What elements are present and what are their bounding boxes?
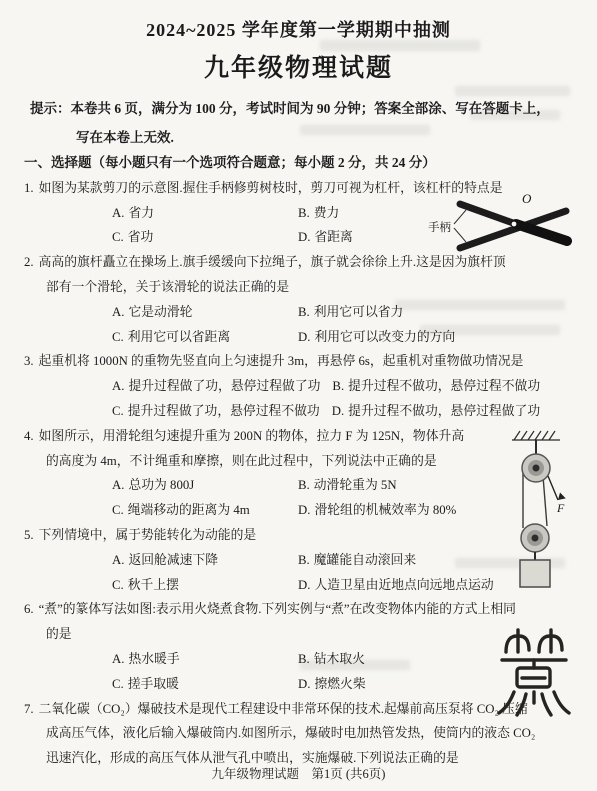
question-number: 2. [24,255,34,269]
handle-pointer-line [454,210,466,224]
option-a: A.返回舱减速下降 [112,548,298,573]
option-d: D.擦燃火柴 [298,672,366,697]
option-b: B.利用它可以省力 [298,300,403,325]
handle-pointer-line [454,228,466,242]
option-b: B.提升过程不做功，悬停过程不做功 [332,374,540,399]
question-2-options-row-1: A.它是动滑轮 B.利用它可以省力 [24,300,590,325]
option-c: C.秋千上摆 [112,573,298,598]
option-c: C.省功 [112,225,298,250]
pivot-label: O [522,191,532,206]
scissors-blade [460,211,566,248]
question-number: 5. [24,528,34,542]
section-heading: 一、选择题（每小题只有一个选项符合题意；每小题 2 分，共 24 分） [24,151,590,176]
exam-notice: 提示：本卷共 6 页，满分为 100 分，考试时间为 90 分钟；答案全部涂、写… [30,94,578,152]
exam-title: 2024~2025 学年度第一学期期中抽测 [0,16,597,42]
option-a: A.它是动滑轮 [112,300,298,325]
option-d: D.省距离 [298,225,353,250]
exam-paper-page: 2024~2025 学年度第一学期期中抽测 九年级物理试题 提示：本卷共 6 页… [0,0,597,791]
option-d: D.人造卫星由近地点向远地点运动 [298,573,494,598]
option-d: D.利用它可以改变力的方向 [298,325,455,350]
force-rope [548,476,558,500]
option-b: B.费力 [298,201,339,226]
handle-label: 手柄 [428,220,451,234]
movable-pulley-axle [532,535,539,542]
question-text: 下列情境中，属于势能转化为动能的是 [39,528,257,542]
question-number: 1. [24,181,34,195]
option-c: C.提升过程做了功，悬停过程不做功 [112,399,332,424]
scissors-drawing: 手柄 O [424,190,572,264]
option-c: C.搓手取暖 [112,672,298,697]
ceiling-hatching [512,431,560,440]
question-number: 7. [24,702,34,716]
footer-pagination: 九年级物理试题 第1页 (共6页) [0,764,597,782]
question-3-options-row-1: A.提升过程做了功，悬停过程做了功 B.提升过程不做功，悬停过程不做功 [24,374,590,399]
question-3-options-row-2: C.提升过程做了功，悬停过程不做功 D.提升过程不做功，悬停过程做了功 [24,399,590,424]
question-2-options-row-2: C.利用它可以省距离 D.利用它可以改变力的方向 [24,325,590,350]
question-text: 二氧化碳（CO₂）爆破技术是现代工程建设中非常环保的技术.起爆前高压泵将 CO₂… [39,702,528,716]
option-c: C.绳端移动的距离为 4m [112,498,298,523]
option-d: D.滑轮组的机械效率为 80% [298,498,456,523]
option-a: A.热水暖手 [112,647,298,672]
weight-block [520,560,550,587]
question-number: 4. [24,429,34,443]
question-7-stem-cont-1: 成高压气体，液化后输入爆破筒内.如图所示，爆破时电加热管发热，使筒内的液态 CO… [24,721,590,746]
notice-line-2: 写在本卷上无效. [30,123,578,152]
question-3: 3.起重机将 1000N 的重物先竖直向上匀速提升 3m，再悬停 6s，起重机对… [24,349,590,423]
pulley-drawing: F [500,428,574,590]
force-label: F [556,501,565,515]
question-6-stem: 6.“煮”的篆体写法如图:表示用火烧煮食物.下列实例与“煮”在改变物体内能的方式… [24,597,590,622]
pulley-figure: F [500,428,574,590]
question-number: 6. [24,602,34,616]
question-text: “煮”的篆体写法如图:表示用火烧煮食物.下列实例与“煮”在改变物体内能的方式上相… [39,602,516,616]
option-d: D.提升过程不做功，悬停过程做了功 [332,399,540,424]
question-text: 如图所示，用滑轮组匀速提升重为 200N 的物体，拉力 F 为 125N，物体升… [39,429,465,443]
seal-script-figure [492,624,578,720]
question-2-stem-cont: 部有一个滑轮，关于该滑轮的说法正确的是 [24,275,590,300]
option-a: A.提升过程做了功，悬停过程做了功 [112,374,332,399]
notice-text: 本卷共 6 页，满分为 100 分，考试时间为 90 分钟；答案全部涂、写在答题… [71,101,550,116]
scissors-blade-thick [516,224,567,241]
question-2: 2.高高的旗杆矗立在操场上.旗手缓缓向下拉绳子，旗子就会徐徐上升.这是因为旗杆顶… [24,250,590,349]
notice-label: 提示： [30,101,71,116]
question-3-stem: 3.起重机将 1000N 的重物先竖直向上匀速提升 3m，再悬停 6s，起重机对… [24,349,590,374]
option-b: B.钻木取火 [298,647,365,672]
option-b: B.动滑轮重为 5N [298,473,397,498]
notice-line-1: 提示：本卷共 6 页，满分为 100 分，考试时间为 90 分钟；答案全部涂、写… [30,94,578,123]
option-c: C.利用它可以省距离 [112,325,298,350]
seal-script-strokes [499,630,569,715]
question-number: 3. [24,354,34,368]
option-b: B.魔罐能自动滚回来 [298,548,416,573]
option-a: A.总功为 800J [112,473,298,498]
seal-script-drawing [492,624,578,720]
rope-right [543,476,547,526]
exam-subtitle: 九年级物理试题 [0,48,597,84]
fixed-pulley-axle [533,465,540,472]
option-a: A.省力 [112,201,298,226]
scissors-figure: 手柄 O [424,190,572,264]
scissors-pivot [512,222,517,227]
question-text: 起重机将 1000N 的重物先竖直向上匀速提升 3m，再悬停 6s，起重机对重物… [39,354,524,368]
